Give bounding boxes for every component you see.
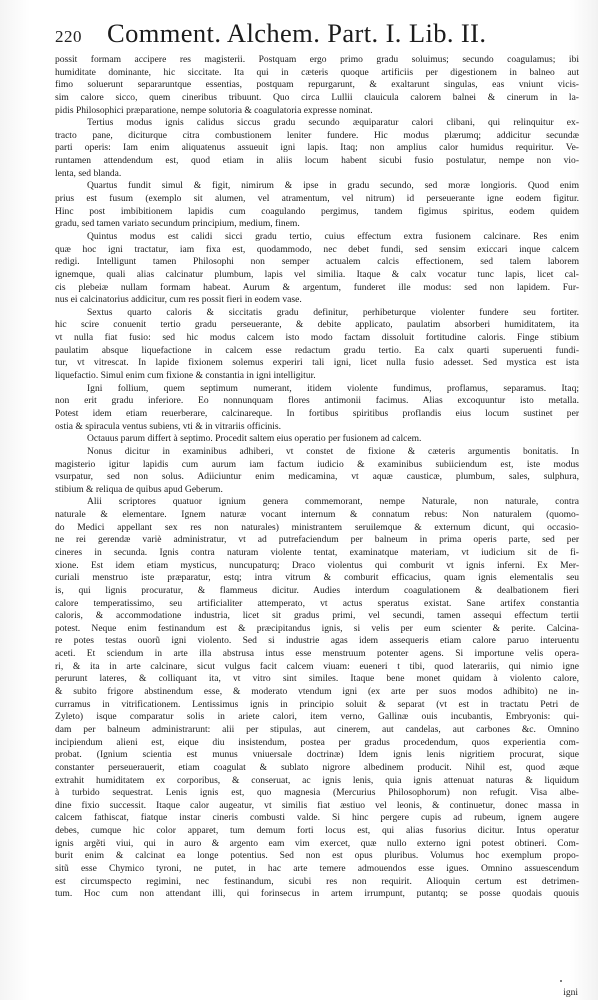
text-line: constanter perseuerauerit, etiam coagula… — [55, 762, 579, 775]
text-line: do Medici appellant sex res non naturale… — [55, 522, 579, 535]
text-line: Nonus dicitur in examinibus adhiberi, vt… — [55, 446, 579, 459]
text-line: Sextus quarto caloris & siccitatis gradu… — [55, 307, 579, 320]
text-line: paulatim absque liquefactione in calcem … — [55, 345, 579, 358]
text-line: Igni follium, quem septimum numerant, it… — [55, 383, 579, 396]
text-line: curramus in vitrificationem. Lentissimus… — [55, 699, 579, 712]
text-line: naturale & elementare. Ignem naturæ voca… — [55, 509, 579, 522]
text-line: curiali menstruo iste præparatur, estq; … — [55, 572, 579, 585]
text-line: ne rei gerendæ variè administratur, vt a… — [55, 534, 579, 547]
text-line: aceti. Et sciendum in arte illa abstrusa… — [55, 648, 579, 661]
text-line: tur, vt vitrescat. In lapide fixionem so… — [55, 357, 579, 370]
text-line: magisterio igitur lapidis cum aurum iam … — [55, 459, 579, 472]
text-line: non erit gradu inferiore. Eo nonnunquam … — [55, 395, 579, 408]
text-line: tum. Hoc cum non attendant illi, qui for… — [55, 888, 579, 901]
text-line: Quintus modus est calidi sicci gradu ter… — [55, 231, 579, 244]
text-line: re potes testas ouorũ igni violento. Sed… — [55, 635, 579, 648]
text-line: debes, cumque hic color apparet, tum dem… — [55, 825, 579, 838]
text-line: Zyleto) isque comparatur solis in ariete… — [55, 711, 579, 724]
text-line: & subito frigore abstinendum esse, & mod… — [55, 686, 579, 699]
text-line: hic scire conuenit tertio gradu perseuer… — [55, 319, 579, 332]
text-line: incipiendum alieni est, eique diu insist… — [55, 737, 579, 750]
text-line: tracto pane, diciturque citra combustion… — [55, 130, 579, 143]
text-line: ignis argẽti viui, qui in auro & argento… — [55, 838, 579, 851]
text-line: xione. Est idem etiam mysticus, nuncupat… — [55, 560, 579, 573]
text-line: sitũ esse Chymico tyroni, ne putet, in h… — [55, 863, 579, 876]
text-line: possit formam accipere res magisterii. P… — [55, 54, 579, 67]
text-line: à turbido sequestrat. Lenis ignis est, q… — [55, 787, 579, 800]
text-line: ostia & spiracula ventus subiens, vti & … — [55, 421, 579, 434]
text-line: dine fixio successit. Itaque calor augea… — [55, 800, 579, 813]
catchword: igni — [563, 988, 578, 998]
text-line: liquefactio. Simul enim cum fixione & co… — [55, 370, 579, 383]
text-line: vsurpatur, sed non solus. Adiiciuntur en… — [55, 471, 579, 484]
text-line: est circumspecto regimini, nec festinand… — [55, 876, 579, 889]
text-line: redigi. Intelligunt tamen Philosophi non… — [55, 256, 579, 269]
book-page: 220 Comment. Alchem. Part. I. Lib. II. p… — [0, 0, 598, 1000]
text-line: sim calore sicco, quem cineribus tribuun… — [55, 92, 579, 105]
text-line: Alii scriptores quatuor ignium genera co… — [55, 496, 579, 509]
running-title: Comment. Alchem. Part. I. Lib. II. — [107, 18, 486, 49]
text-line: vt nulla fiat fusio: sed hic modus calce… — [55, 332, 579, 345]
text-line: cis plebeiæ nullam formam habeat. Aurum … — [55, 282, 579, 295]
text-line: nus ei calcinatorius addicitur, cum res … — [55, 294, 579, 307]
text-line: calcem fathiscat, fiatque instar cineris… — [55, 812, 579, 825]
text-line: calore temperatissimo, seu artificialite… — [55, 598, 579, 611]
text-line: runtamen attendendum est, quod etiam in … — [55, 155, 579, 168]
text-line: dam per balneum administrarunt: alii per… — [55, 724, 579, 737]
text-line: ri, & ita in arte calcinare, sicut vulgu… — [55, 661, 579, 674]
text-line: Octauus parum differt à septimo. Procedi… — [55, 433, 579, 446]
text-line: fimo soluerunt separaruntque essentias, … — [55, 79, 579, 92]
text-line: lenta, sed blanda. — [55, 168, 579, 181]
text-line: Potest idem etiam reuerberare, calcinare… — [55, 408, 579, 421]
text-line: potest. Neque enim festinandum est & præ… — [55, 623, 579, 636]
text-line: prius est fusum (exemplo sit alumen, vel… — [55, 193, 579, 206]
text-line: probat. (Ignium scientia est munus vniue… — [55, 749, 579, 762]
text-line: parti operis: Iam enim aliquatenus assue… — [55, 142, 579, 155]
running-head: 220 Comment. Alchem. Part. I. Lib. II. — [55, 18, 580, 54]
text-line: ignemque, quali alias calcinatur plumbum… — [55, 269, 579, 282]
text-line: Quartus fundit simul & figit, nimirum & … — [55, 180, 579, 193]
text-line: Tertius modus ignis calidus siccus gradu… — [55, 117, 579, 130]
text-line: quæ hoc igni tractatur, iam fixa est, qu… — [55, 244, 579, 257]
body-text: possit formam accipere res magisterii. P… — [55, 54, 579, 901]
text-line: perurunt lateres, & colliquant ita, vt v… — [55, 673, 579, 686]
printer-mark — [560, 980, 562, 982]
text-line: gradu, sed tamen variato secundum princi… — [55, 218, 579, 231]
page-number: 220 — [55, 27, 107, 47]
text-line: Hinc post imbibitionem lapidis cum coagu… — [55, 206, 579, 219]
text-line: cineres in secunda. Ignis contra naturam… — [55, 547, 579, 560]
text-line: stibium & reliqua de quibus apud Geberum… — [55, 484, 579, 497]
text-line: caloris, & accommodatione industria, lic… — [55, 610, 579, 623]
text-line: burit enim & calcinat ea longe potentius… — [55, 850, 579, 863]
text-line: extrahit humiditatem ex corporibus, & co… — [55, 775, 579, 788]
text-line: pidis Philosophici præparatione, nempe s… — [55, 105, 579, 118]
text-line: humiditate dominante, hic siccitate. Ita… — [55, 67, 579, 80]
text-line: is, qui lignis procuratur, & flammeus di… — [55, 585, 579, 598]
